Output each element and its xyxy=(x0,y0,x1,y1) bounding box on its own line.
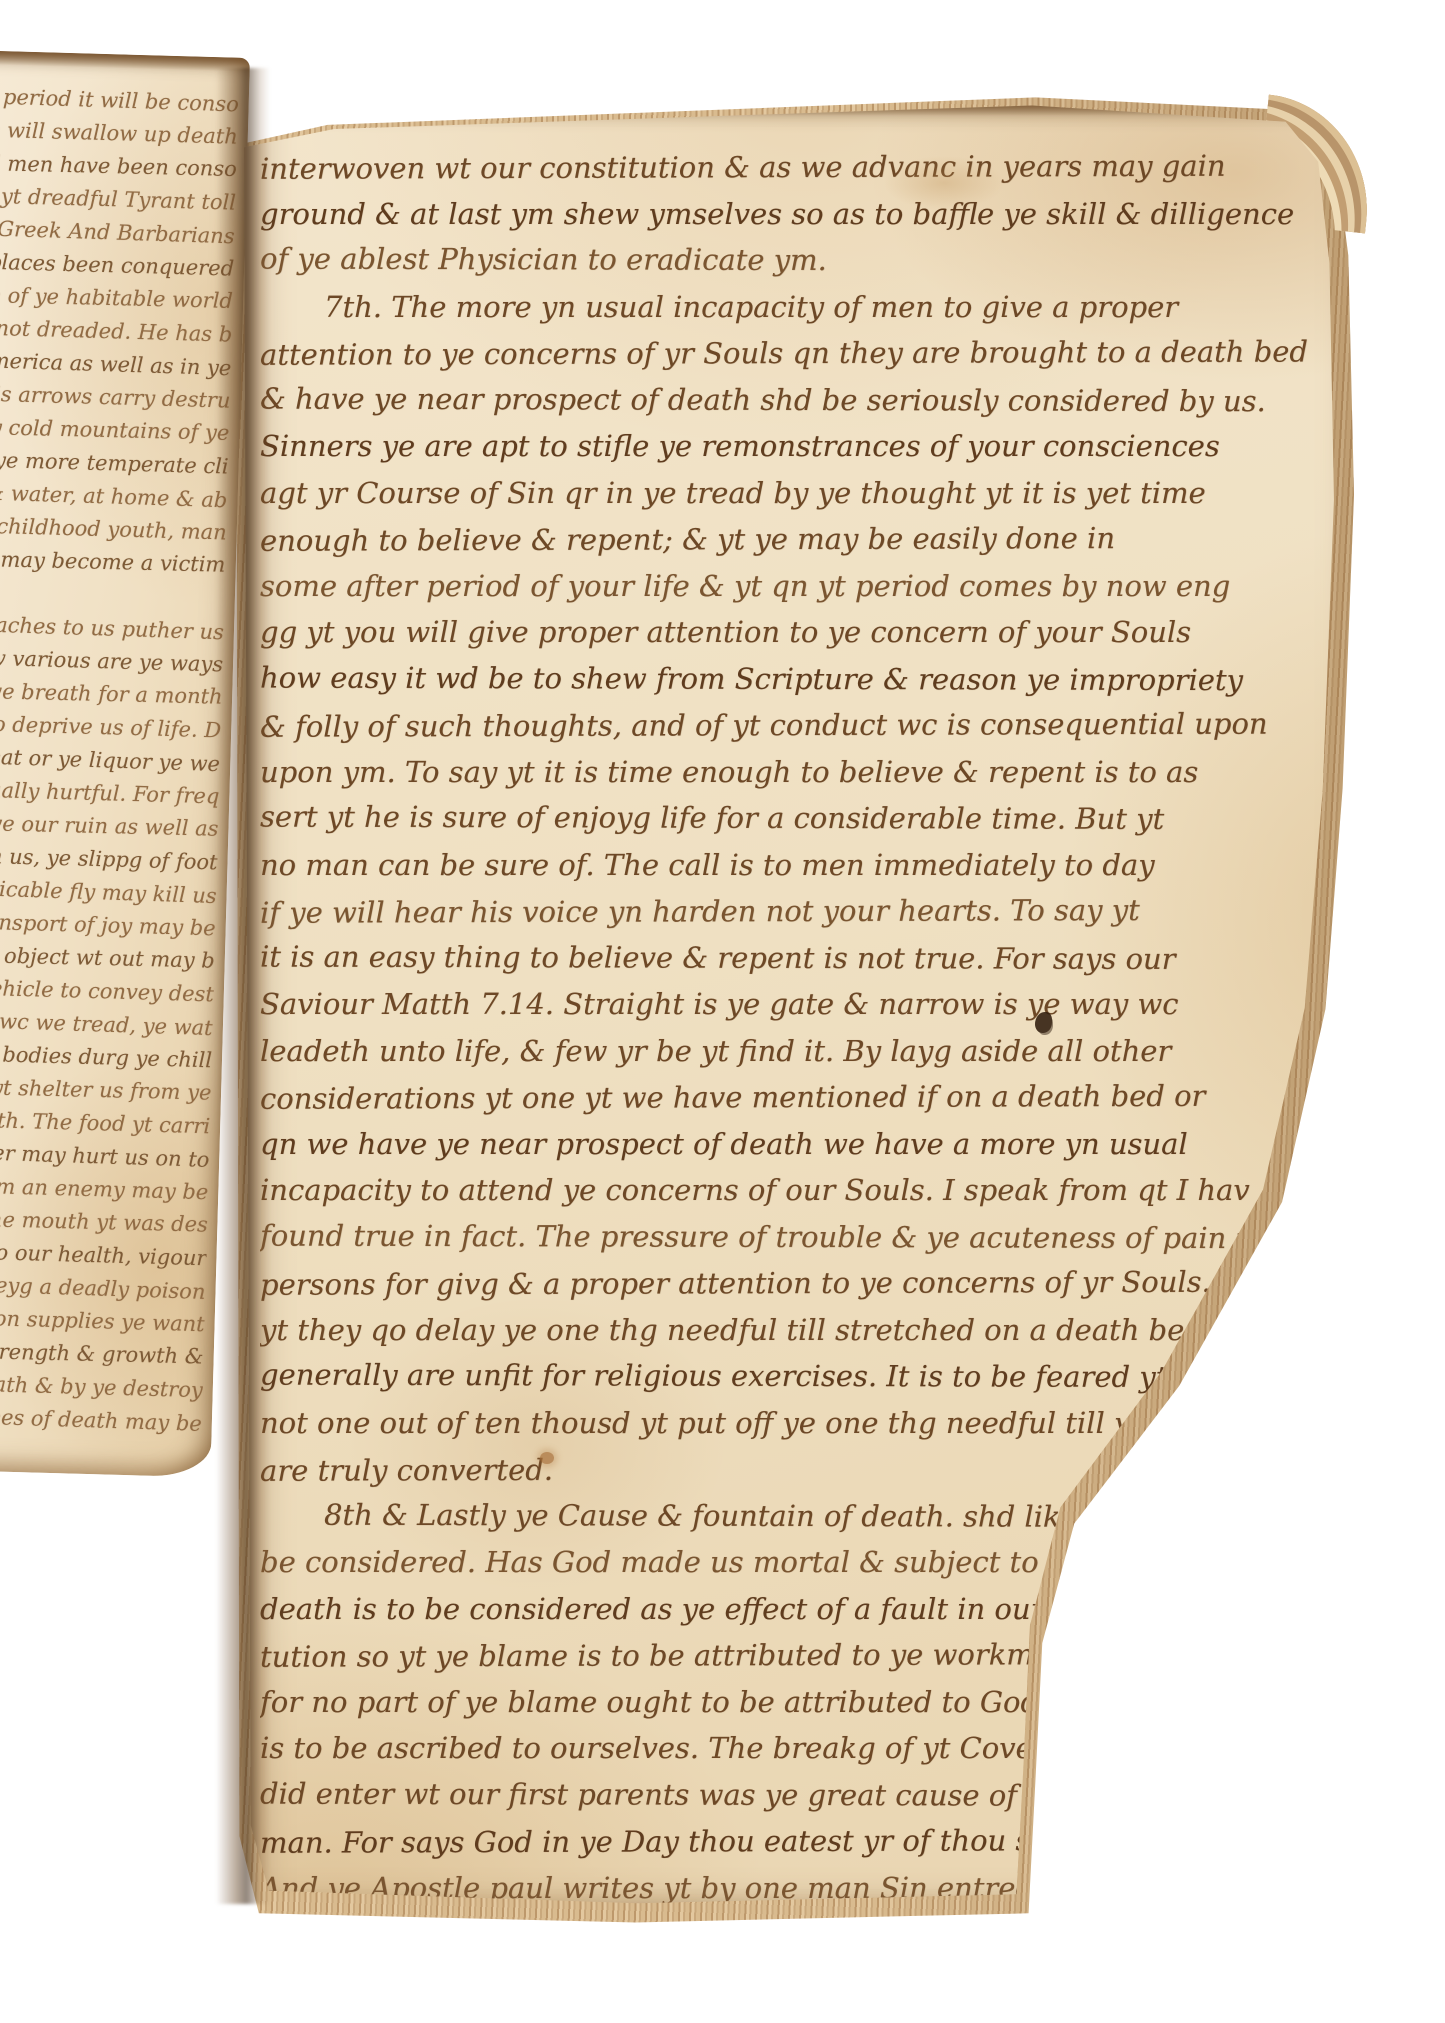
manuscript-line: how easy it wd be to shew from Scripture… xyxy=(260,654,1370,703)
manuscript-line: attention to ye concerns of yr Souls qn … xyxy=(260,328,1370,378)
manuscript-line: it is an easy thing to believe & repent … xyxy=(260,933,1370,982)
manuscript-line: & folly of such thoughts, and of yt cond… xyxy=(260,700,1370,750)
manuscript-line: tes to yr strength & growth & xyxy=(0,1333,204,1374)
manuscript-line: agt yr Course of Sin qr in ye tread by y… xyxy=(260,470,1370,517)
manuscript-line: & have ye near prospect of death shd be … xyxy=(260,375,1370,424)
left-page: or after yt period it will be consohe wi… xyxy=(0,49,250,1477)
manuscript-line: considerations yt one yt we have mention… xyxy=(260,1072,1370,1122)
manuscript-photo: or after yt period it will be consohe wi… xyxy=(0,0,1445,2023)
manuscript-line: no place of ye habitable world xyxy=(0,277,234,318)
manuscript-line: makes approaches to us puther us xyxy=(0,604,224,649)
book-gutter-shadow xyxy=(216,68,270,1904)
manuscript-line: incapacity to attend ye concerns of our … xyxy=(260,1167,1370,1214)
manuscript-line: man. For says God in ye Day thou eatest … xyxy=(260,1816,1370,1866)
right-page: interwoven wt our constitution & as we a… xyxy=(244,100,1370,1916)
manuscript-line: upon ym. To say yt it is time enough to … xyxy=(260,749,1370,796)
manuscript-line: will prove our ruin as well as xyxy=(0,805,219,845)
manuscript-line: leadeth unto life, & few yr be yt find i… xyxy=(260,1028,1370,1075)
manuscript-line: not one out of ten thousd yt put off ye … xyxy=(260,1400,1370,1447)
manuscript-line: death is to be considered as ye effect o… xyxy=(260,1586,1370,1633)
manuscript-line: of ye ablest Physician to eradicate ym. xyxy=(260,236,1370,285)
paper-stain xyxy=(884,156,1004,210)
manuscript-line: is to be ascribed to ourselves. The brea… xyxy=(260,1725,1370,1772)
manuscript-line: some after period of your life & yt qn y… xyxy=(260,563,1370,610)
manuscript-line: ground & at last ym shew ymselves so as … xyxy=(260,191,1370,238)
manuscript-line: did enter wt our first parents was ye gr… xyxy=(260,1770,1370,1819)
manuscript-line: tution so yt ye blame is to be attribute… xyxy=(260,1630,1370,1680)
manuscript-line: if ye will hear his voice yn harden not … xyxy=(260,886,1370,936)
manuscript-line: be considered. Has God made us mortal & … xyxy=(260,1539,1370,1586)
manuscript-line: n ot every object wt out may b xyxy=(0,937,215,978)
manuscript-line: are truly converted. xyxy=(260,1444,1370,1494)
left-page-text: or after yt period it will be consohe wi… xyxy=(0,79,239,1457)
manuscript-line: 7th. The more yn usual incapacity of men… xyxy=(260,284,1370,331)
manuscript-line: world men have been conso xyxy=(0,146,237,186)
manuscript-line: found true in fact. The pressure of trou… xyxy=(260,1212,1370,1261)
manuscript-line: s of life. The mouth yt was des xyxy=(0,1201,208,1242)
manuscript-line: generally are unfit for religious exerci… xyxy=(260,1352,1370,1401)
manuscript-line: 8th & Lastly ye Cause & fountain of deat… xyxy=(260,1491,1370,1540)
right-page-text: interwoven wt our constitution & as we a… xyxy=(260,144,1370,1916)
manuscript-line: cloaths yt shelter us from ye xyxy=(0,1070,211,1110)
manuscript-line: for no part of ye blame ought to be attr… xyxy=(260,1679,1370,1726)
paper-stain xyxy=(540,1452,554,1464)
manuscript-line: Sinners ye are apt to stifle ye remonstr… xyxy=(260,423,1370,470)
manuscript-line: ye chilly cold mountains of ye xyxy=(0,409,230,449)
manuscript-line: gg yt you will give proper attention to … xyxy=(260,609,1370,656)
manuscript-line: Saviour Matth 7.14. Straight is ye gate … xyxy=(260,981,1370,1028)
manuscript-line: no man can be sure of. The call is to me… xyxy=(260,842,1370,889)
manuscript-line: qn we have ye near prospect of death we … xyxy=(260,1121,1370,1168)
manuscript-line: interwoven wt our constitution & as we a… xyxy=(260,144,1370,192)
manuscript-line: enough to believe & repent; & yt ye may … xyxy=(260,514,1370,564)
manuscript-line: sert yt he is sure of enjoyg life for a … xyxy=(260,794,1370,843)
